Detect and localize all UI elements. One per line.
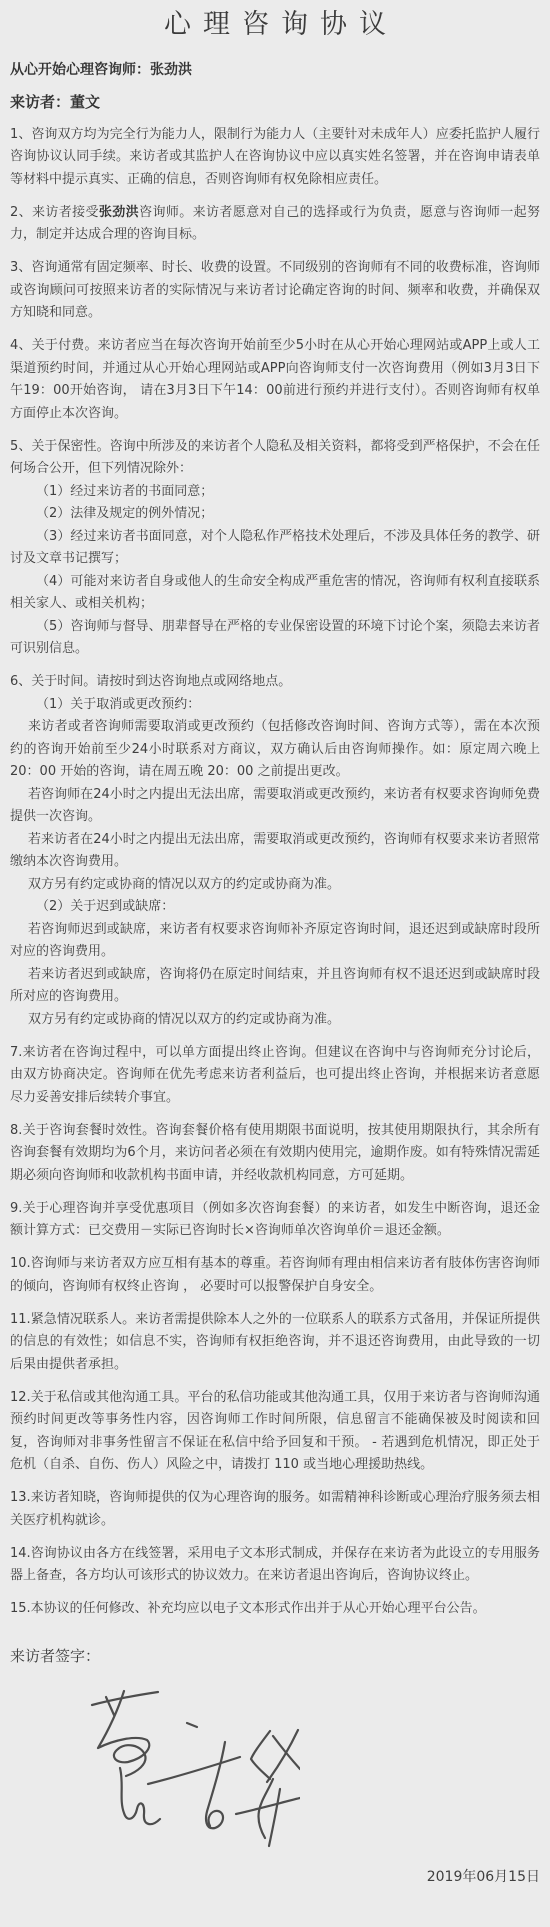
agreement-paragraph: 双方另有约定或协商的情况以双方的约定或协商为准。 [10,1009,540,1032]
agreement-paragraph: 若咨询师迟到或缺席，来访者有权要求咨询师补齐原定咨询时间，退还迟到或缺席时段所对… [10,919,540,964]
agreement-paragraph: 7.来访者在咨询过程中，可以单方面提出终止咨询。但建议在咨询中与咨询师充分讨论后… [10,1042,540,1110]
agreement-paragraph: 2、来访者接受张劲洪咨询师。来访者愿意对自己的选择或行为负责，愿意与咨询师一起努… [10,202,540,247]
agreement-paragraph: 12.关于私信或其他沟通工具。平台的私信功能或其他沟通工具，仅用于来访者与咨询师… [10,1387,540,1477]
agreement-paragraph: 15.本协议的任何修改、补充均应以电子文本形式作出并于从心开始心理平台公告。 [10,1598,540,1621]
clauses: 1、咨询双方均为完全行为能力人，限制行为能力人（主要针对未成年人）应委托监护人履… [10,124,540,1621]
agreement-paragraph: 1、咨询双方均为完全行为能力人，限制行为能力人（主要针对未成年人）应委托监护人履… [10,124,540,192]
agreement-page: 心理咨询协议 从心开始心理咨询师：张劲洪 来访者：董文 1、咨询双方均为完全行为… [0,0,550,1927]
counselor-name-emphasis: 张劲洪 [99,205,139,220]
visitor-signature [40,1681,300,1861]
counselor-line: 从心开始心理咨询师：张劲洪 [10,60,540,80]
paragraph-text: 2、来访者接受 [10,205,99,220]
agreement-paragraph: 5、关于保密性。咨询中所涉及的来访者个人隐私及相关资料，都将受到严格保护，不会在… [10,436,540,481]
signing-date: 2019年06月15日 [10,1867,540,1887]
agreement-paragraph: （3）经过来访者书面同意，对个人隐私作严格技术处理后，不涉及具体任务的教学、研讨… [10,526,540,571]
visitor-line: 来访者：董文 [10,91,540,113]
agreement-paragraph: 11.紧急情况联系人。来访者需提供除本人之外的一位联系人的联系方式备用，并保证所… [10,1309,540,1377]
agreement-paragraph: 8.关于咨询套餐时效性。咨询套餐价格有使用期限书面说明，按其使用期限执行，其余所… [10,1120,540,1188]
agreement-paragraph: 13.来访者知晓，咨询师提供的仅为心理咨询的服务。如需精神科诊断或心理治疗服务须… [10,1487,540,1532]
agreement-paragraph: 若来访者在24小时之内提出无法出席，需要取消或更改预约，咨询师有权要求来访者照常… [10,829,540,874]
page-title: 心理咨询协议 [10,8,540,42]
agreement-paragraph: 来访者或者咨询师需要取消或更改预约（包括修改咨询时间、咨询方式等），需在本次预约… [10,716,540,784]
handwritten-signature-drawing [40,1681,300,1861]
agreement-paragraph: （1）关于取消或更改预约： [10,694,540,717]
agreement-paragraph: 双方另有约定或协商的情况以双方的约定或协商为准。 [10,874,540,897]
agreement-paragraph: （1）经过来访者的书面同意； [10,481,540,504]
agreement-paragraph: （2）关于迟到或缺席： [10,896,540,919]
visitor-signature-label: 来访者签字： [10,1645,540,1667]
agreement-paragraph: 4、关于付费。来访者应当在每次咨询开始前至少5小时在从心开始心理网站或APP上或… [10,335,540,425]
agreement-paragraph: 3、咨询通常有固定频率、时长、收费的设置。不同级别的咨询师有不同的收费标准，咨询… [10,257,540,325]
agreement-paragraph: （4）可能对来访者自身或他人的生命安全构成严重危害的情况，咨询师有权利直接联系相… [10,571,540,616]
agreement-paragraph: 若来访者迟到或缺席，咨询将仍在原定时间结束，并且咨询师有权不退还迟到或缺席时段所… [10,964,540,1009]
agreement-paragraph: 6、关于时间。请按时到达咨询地点或网络地点。 [10,671,540,694]
agreement-paragraph: 若咨询师在24小时之内提出无法出席，需要取消或更改预约，来访者有权要求咨询师免费… [10,784,540,829]
agreement-paragraph: （2）法律及规定的例外情况； [10,503,540,526]
agreement-paragraph: 14.咨询协议由各方在线签署，采用电子文本形式制成，并保存在来访者为此设立的专用… [10,1543,540,1588]
agreement-paragraph: 9.关于心理咨询并享受优惠项目（例如多次咨询套餐）的来访者，如发生中断咨询，退还… [10,1198,540,1243]
agreement-paragraph: （5）咨询师与督导、朋辈督导在严格的专业保密设置的环境下讨论个案，须隐去来访者可… [10,616,540,661]
agreement-paragraph: 10.咨询师与来访者双方应互相有基本的尊重。若咨询师有理由相信来访者有肢体伤害咨… [10,1253,540,1298]
